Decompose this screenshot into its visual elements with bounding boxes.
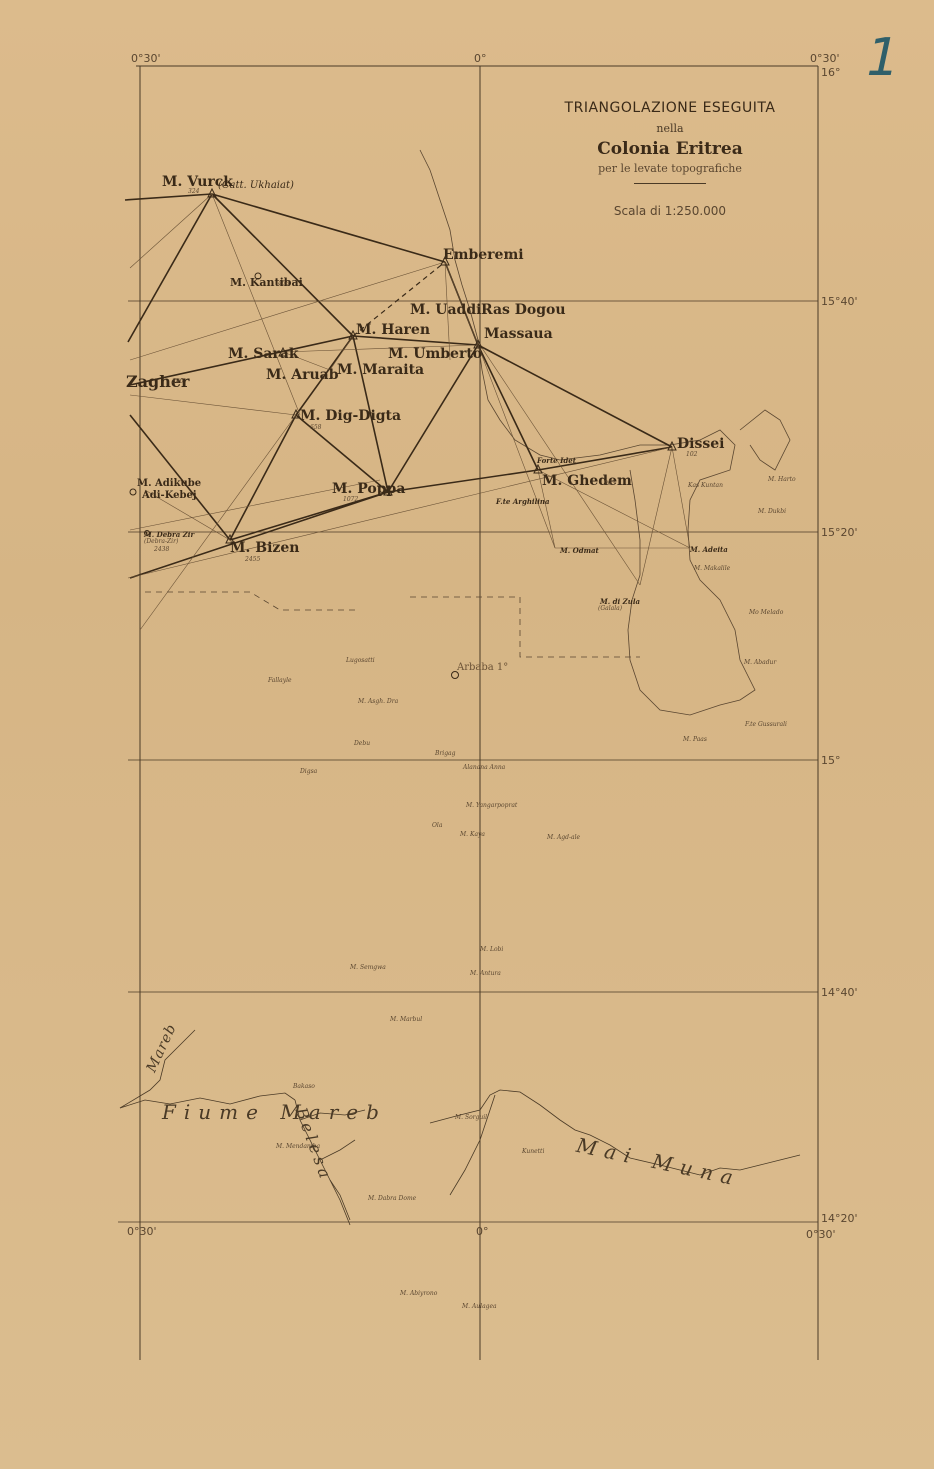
point-m-haren: M. Haren xyxy=(356,322,430,338)
lon-label-bottom-center: 0° xyxy=(476,1225,489,1238)
title-rule xyxy=(634,183,706,184)
point-dissei: Dissei xyxy=(677,436,724,452)
title-colony: Colonia Eritrea xyxy=(540,139,800,159)
point-m-maraita: M. Maraita xyxy=(337,362,424,378)
minor-m-paas: M. Paas xyxy=(683,736,707,743)
point-m-odmat: M. Odmat xyxy=(560,546,599,555)
point-m-bizen-elev: 2455 xyxy=(245,556,260,563)
minor-fte-gussurali: F.te Gussurali xyxy=(745,721,787,728)
lat-label-16: 16° xyxy=(821,66,841,79)
point-massaua: Massaua xyxy=(484,326,553,342)
minor-brigag: Brigag xyxy=(435,750,455,757)
minor-m-makalile: M. Makalile xyxy=(694,565,730,572)
point-m-vurck-note: (Catt. Ukhaiat) xyxy=(218,180,294,191)
minor-m-yangarpoprat: M. Yangarpoprat xyxy=(466,802,517,809)
minor-debu: Debu xyxy=(354,740,370,747)
point-m-debra-zir-note: (Debra-Zir) xyxy=(144,538,178,545)
point-m-adikube: M. Adikube xyxy=(137,478,201,489)
point-dissei-elev: 102 xyxy=(686,451,697,458)
minor-digsa: Digsa xyxy=(300,768,317,775)
point-m-ghedem-elev: 903 xyxy=(604,480,615,487)
minor-mo-melado: Mo Melado xyxy=(749,609,783,616)
lat-label-14-40: 14°40' xyxy=(821,986,858,999)
point-m-kantibai: M. Kantibai xyxy=(230,276,303,289)
point-m-debra-zir-elev: 2438 xyxy=(154,546,169,553)
minor-m-abiyrono: M. Abiyrono xyxy=(400,1290,437,1297)
lon-label-top-right: 0°30' xyxy=(810,52,840,65)
lat-label-15-40: 15°40' xyxy=(821,295,858,308)
minor-m-lobi: M. Lobi xyxy=(480,946,503,953)
minor-fallayle: Fallayle xyxy=(268,677,292,684)
point-m-dig-digta-elev: 658 xyxy=(310,424,321,431)
lat-label-15: 15° xyxy=(821,754,841,767)
title-purpose: per le levate topografiche xyxy=(540,162,800,175)
special-arbaba: Arbaba 1° xyxy=(457,662,508,673)
lon-label-bottom-left: 0°30' xyxy=(127,1225,157,1238)
minor-ola: Ola xyxy=(432,822,442,829)
minor-m-sorguil: M. Sorguil xyxy=(455,1114,487,1121)
minor-lugosatti: Lugosatti xyxy=(346,657,375,664)
point-m-vurck-elev: 324 xyxy=(188,188,199,195)
point-m-sarak: M. Sarak xyxy=(228,346,299,362)
map-linework xyxy=(0,0,934,1469)
point-m-aruab: M. Aruab xyxy=(266,367,339,383)
point-m-adikube-note: Adi-Kebej xyxy=(142,490,197,501)
minor-kunetti: Kunetti xyxy=(522,1148,544,1155)
minor-m-kaya: M. Kaya xyxy=(460,831,485,838)
minor-alanana-anna: Alanana Anna xyxy=(463,764,505,771)
minor-kas-kuntan: Kas Kuntan xyxy=(688,482,723,489)
point-forte-idet: Forte Idet xyxy=(537,456,576,465)
minor-bakaso: Bakaso xyxy=(293,1083,315,1090)
minor-m-dabra-dome: M. Dabra Dome xyxy=(368,1195,416,1202)
lon-label-top-center: 0° xyxy=(474,52,487,65)
minor-m-antura: M. Antura xyxy=(470,970,501,977)
lon-label-top-left: 0°30' xyxy=(131,52,161,65)
title-main: TRIANGOLAZIONE ESEGUITA xyxy=(540,100,800,116)
point-forte-arghilina: F.te Arghilina xyxy=(496,497,550,506)
map-title-block: TRIANGOLAZIONE ESEGUITA nella Colonia Er… xyxy=(540,100,800,218)
point-zagher-elev: 380 xyxy=(172,378,183,385)
minor-m-agd-ale: M. Agd-ale xyxy=(547,834,580,841)
point-m-di-zula-note: (Galala) xyxy=(598,605,622,612)
point-m-ghedem: M. Ghedem xyxy=(542,473,632,489)
river-fiume-label: Fiume Mareb xyxy=(162,1100,387,1124)
minor-m-dukbi: M. Dukbi xyxy=(758,508,786,515)
point-m-dig-digta: M. Dig-Digta xyxy=(300,408,401,424)
minor-m-marbul: M. Marbul xyxy=(390,1016,422,1023)
point-m-poppa: M. Poppa xyxy=(332,481,405,497)
point-m-kantibai-elev: 453 xyxy=(278,280,289,287)
point-emberemi-elev: 14 xyxy=(505,254,513,261)
minor-m-aulagea: M. Aulagea xyxy=(462,1303,497,1310)
point-m-umberto: M. Umberto xyxy=(388,346,482,362)
point-m-poppa-elev: 1072 xyxy=(343,496,358,503)
lat-label-15-20: 15°20' xyxy=(821,526,858,539)
minor-m-asgh-dra: M. Asgh. Dra xyxy=(358,698,398,705)
minor-m-abadur: M. Abadur xyxy=(744,659,776,666)
map-scale: Scala di 1:250.000 xyxy=(540,204,800,218)
lat-label-14-20: 14°20' xyxy=(821,1212,858,1225)
point-ras-dogou: Ras Dogou xyxy=(481,302,566,318)
point-m-adeita: M. Adeita xyxy=(690,545,728,554)
minor-m-harto: M. Harto xyxy=(768,476,796,483)
minor-m-semgwa: M. Semgwa xyxy=(350,964,386,971)
point-m-uaddi: M. Uaddi xyxy=(410,302,481,318)
title-nella: nella xyxy=(540,122,800,135)
point-m-bizen: M. Bizen xyxy=(230,540,299,556)
lon-label-bottom-right: 0°30' xyxy=(806,1228,836,1241)
